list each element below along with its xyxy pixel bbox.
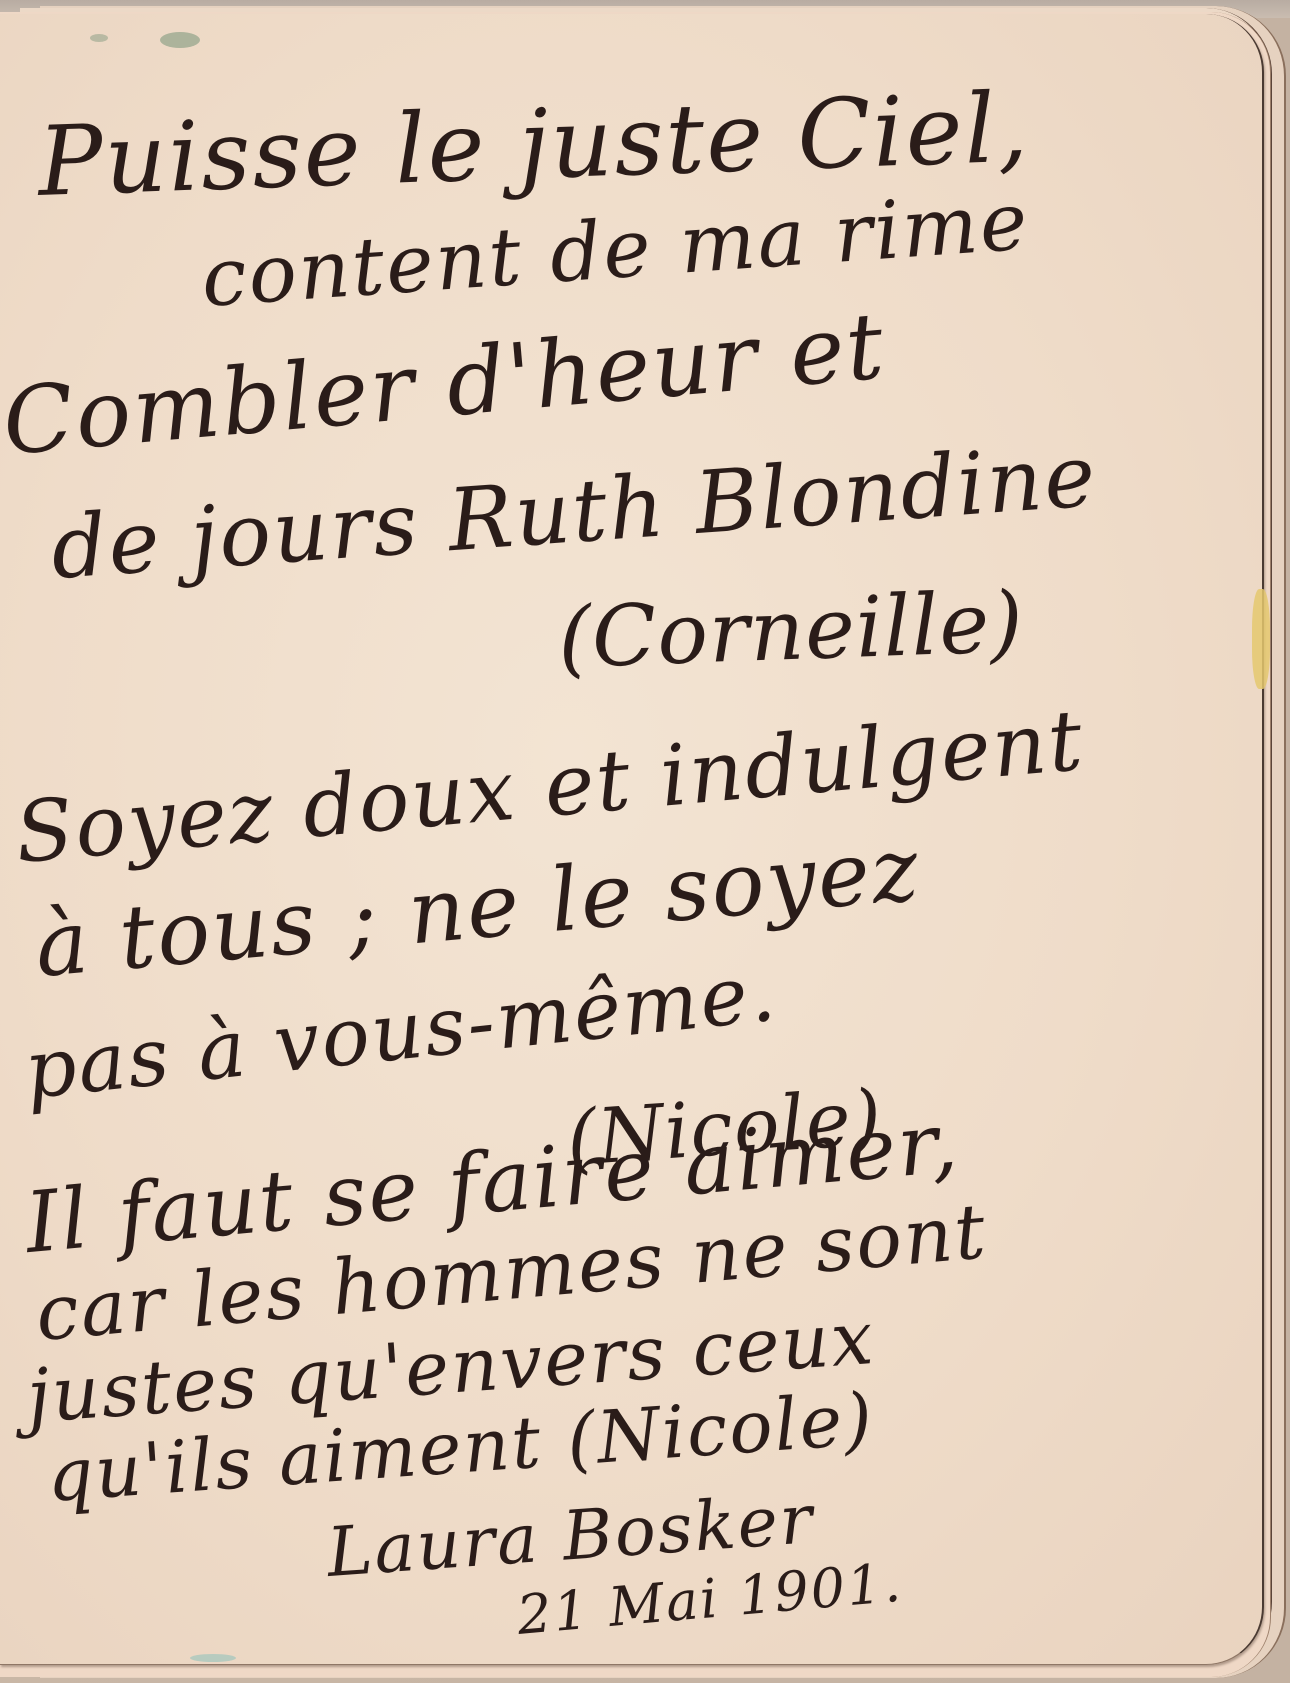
handwritten-line: Combler d'heur et (0, 292, 889, 476)
paper-stain (1252, 589, 1270, 689)
paper-stain (160, 32, 200, 48)
album-page: Puisse le juste Ciel, content de ma rime… (0, 14, 1264, 1665)
paper-stain (90, 34, 108, 42)
paper-stain (190, 1654, 236, 1662)
quote-attribution: (Corneille) (557, 573, 1026, 687)
scanned-album-page: Puisse le juste Ciel, content de ma rime… (0, 0, 1290, 1683)
